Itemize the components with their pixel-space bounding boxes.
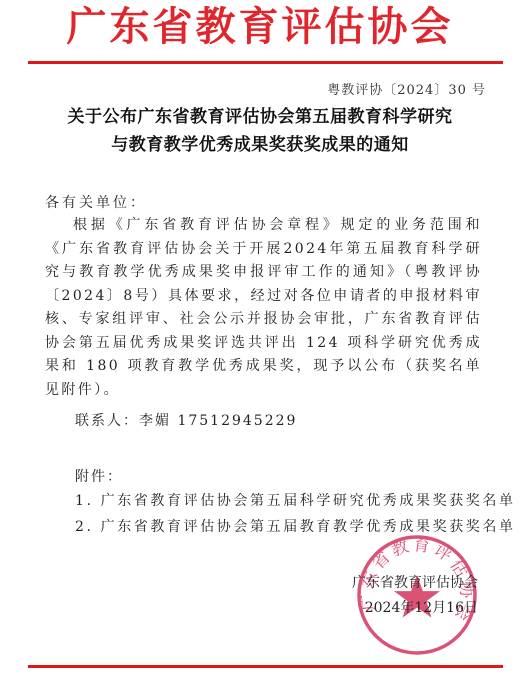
contact-line: 联系人：李媚 17512945229 (75, 410, 297, 430)
document-title: 关于公布广东省教育评估协会第五届教育科学研究 与教育教学优秀成果奖获奖成果的通知 (0, 103, 520, 159)
body-paragraph: 根据《广东省教育评估协会章程》规定的业务范围和《广东省教育评估协会关于开展202… (45, 214, 482, 402)
document-title-line-2: 与教育教学优秀成果奖获奖成果的通知 (0, 131, 520, 159)
salutation: 各有关单位： (45, 192, 147, 212)
letterhead-org-name: 广东省教育评估协会 (0, 2, 520, 52)
signature-date: 2024年12月16日 (365, 597, 478, 617)
attachments-label: 附件： (75, 466, 123, 486)
document-number: 粤教评协〔2024〕30 号 (327, 79, 486, 98)
official-seal-icon: 广东省教育评估协会 (355, 533, 479, 657)
document-title-line-1: 关于公布广东省教育评估协会第五届教育科学研究 (0, 103, 520, 131)
footer-divider (28, 665, 503, 668)
attachment-item: 1. 广东省教育评估协会第五届科学研究优秀成果奖获奖名单 (75, 490, 516, 510)
letterhead-divider (28, 61, 503, 64)
signature-org: 广东省教育评估协会 (352, 572, 478, 592)
body-paragraph-container: 根据《广东省教育评估协会章程》规定的业务范围和《广东省教育评估协会关于开展202… (45, 214, 482, 402)
